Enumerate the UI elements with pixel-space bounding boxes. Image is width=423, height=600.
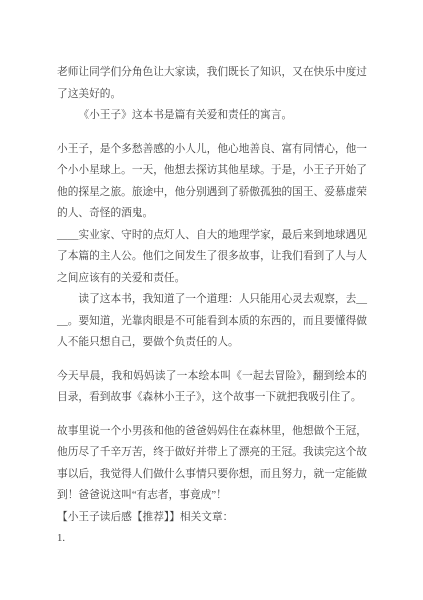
body-paragraph-picture-book: 今天早晨，我和妈妈读了一本绘本叫《一起去冒险》，翻到绘本的目录，看到故事《森林小… xyxy=(57,366,367,409)
body-paragraph-forest-story: 故事里说一个小男孩和他的爸爸妈妈住在森林里，他想做个王冠，他历尽了千辛万苦，终于… xyxy=(57,421,367,507)
body-paragraph-book-intro: 《小王子》这本书是篇有关爱和责任的寓言。 xyxy=(57,105,367,127)
related-articles-heading: 【小王子读后感【推荐】】相关文章： xyxy=(57,507,367,529)
list-item-number: 1. xyxy=(57,528,367,550)
body-paragraph-continuation: 老师让同学们分角色让大家读，我们既长了知识，又在快乐中度过了这美好的。 xyxy=(57,62,367,105)
body-paragraph-lesson: 读了这本书，我知道了一个道理：人只能用心灵去观察，去____。要知道，光靠肉眼是… xyxy=(57,289,367,354)
body-paragraph-journey: ____实业家、守时的点灯人、自大的地理学家，最后来到地球遇见了本篇的主人公。他… xyxy=(57,225,367,290)
document-page: 老师让同学们分角色让大家读，我们既长了知识，又在快乐中度过了这美好的。 《小王子… xyxy=(0,0,423,600)
body-paragraph-little-prince-description: 小王子，是个多愁善感的小人儿，他心地善良、富有同情心，他一个小小星球上。一天，他… xyxy=(57,139,367,225)
